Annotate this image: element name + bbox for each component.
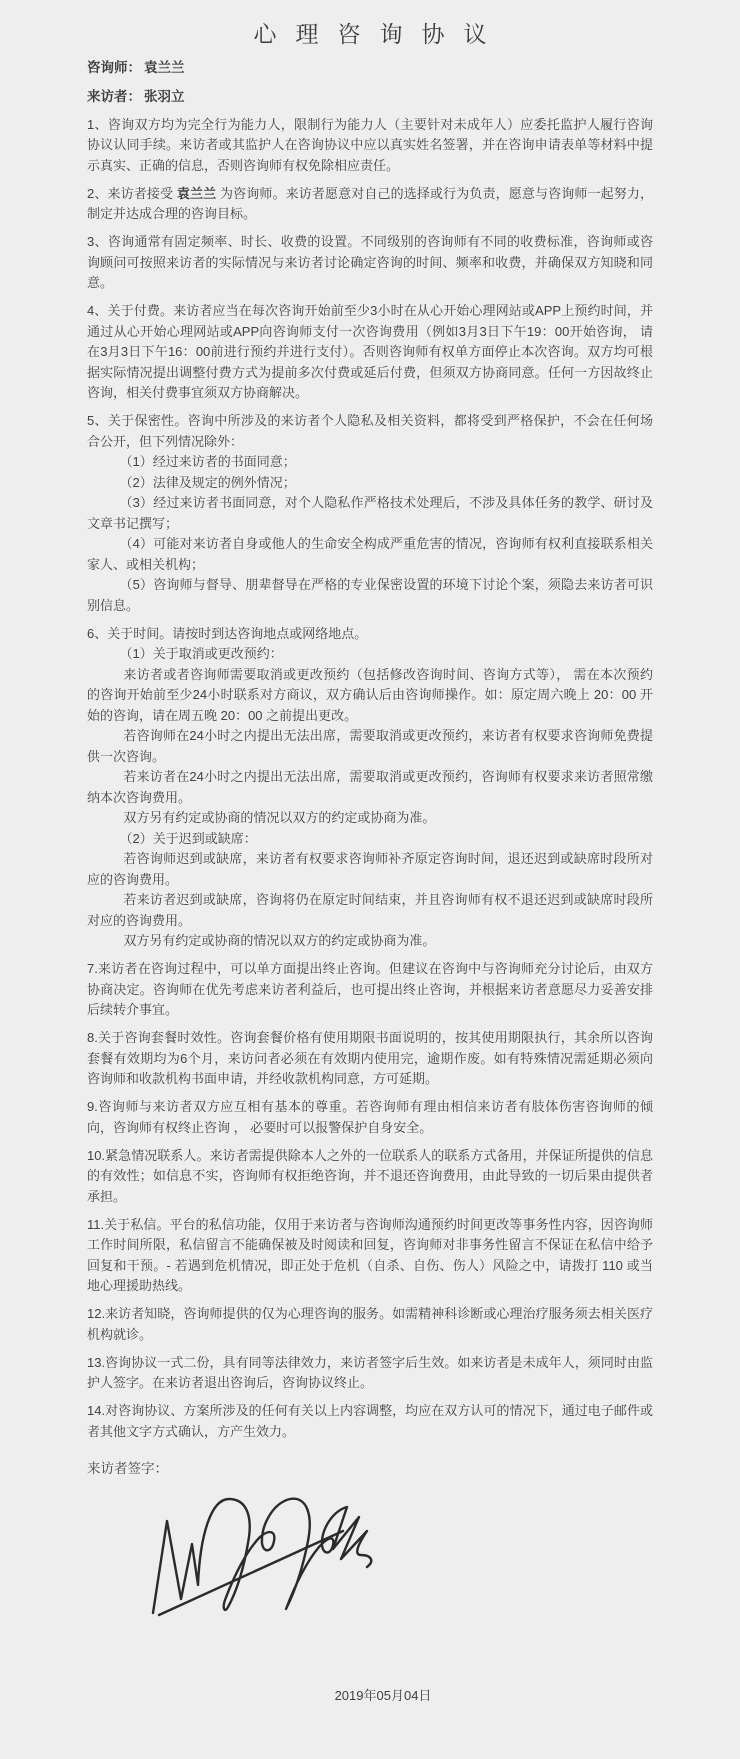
counselor-line: 咨询师：袁兰兰: [87, 58, 653, 78]
paragraph: （2）法律及规定的例外情况；: [87, 473, 653, 494]
agreement-section: 8.关于咨询套餐时效性。咨询套餐价格有使用期限书面说明的，按其使用期限执行，其余…: [87, 1028, 653, 1090]
paragraph: 14.对咨询协议、方案所涉及的任何有关以上内容调整，均应在双方认可的情况下，通过…: [87, 1401, 653, 1442]
agreement-section: 13.咨询协议一式二份，具有同等法律效力，来访者签字后生效。如来访者是未成年人，…: [87, 1353, 653, 1394]
agreement-section: 1、咨询双方均为完全行为能力人，限制行为能力人（主要针对未成年人）应委托监护人履…: [87, 115, 653, 177]
signature-label: 来访者签字：: [87, 1459, 653, 1479]
agreement-section: 12.来访者知晓，咨询师提供的仅为心理咨询的服务。如需精神科诊断或心理治疗服务须…: [87, 1304, 653, 1345]
paragraph: 7.来访者在咨询过程中，可以单方面提出终止咨询。但建议在咨询中与咨询师充分讨论后…: [87, 959, 653, 1021]
agreement-section: 6、关于时间。请按时到达咨询地点或网络地点。（1）关于取消或更改预约：来访者或者…: [87, 624, 653, 952]
paragraph: 13.咨询协议一式二份，具有同等法律效力，来访者签字后生效。如来访者是未成年人，…: [87, 1353, 653, 1394]
paragraph: 若咨询师在24小时之内提出无法出席，需要取消或更改预约，来访者有权要求咨询师免费…: [87, 726, 653, 767]
paragraph: 2、来访者接受 袁兰兰 为咨询师。来访者愿意对自己的选择或行为负责，愿意与咨询师…: [87, 184, 653, 225]
paragraph: 6、关于时间。请按时到达咨询地点或网络地点。: [87, 624, 653, 645]
paragraph: （3）经过来访者书面同意，对个人隐私作严格技术处理后，不涉及具体任务的教学、研讨…: [87, 493, 653, 534]
agreement-document: 心理咨询协议 咨询师：袁兰兰 来访者：张羽立 1、咨询双方均为完全行为能力人，限…: [0, 0, 740, 1704]
counselor-name: 袁兰兰: [144, 60, 185, 75]
paragraph: （1）关于取消或更改预约：: [87, 644, 653, 665]
paragraph: 9.咨询师与来访者双方应互相有基本的尊重。若咨询师有理由相信来访者有肢体伤害咨询…: [87, 1097, 653, 1138]
paragraph: 4、关于付费。来访者应当在每次咨询开始前至少3小时在从心开始心理网站或APP上预…: [87, 301, 653, 404]
signature-area: [145, 1487, 653, 1619]
paragraph: （1）经过来访者的书面同意；: [87, 452, 653, 473]
paragraph: 11.关于私信。平台的私信功能，仅用于来访者与咨询师沟通预约时间更改等事务性内容…: [87, 1215, 653, 1297]
agreement-section: 5、关于保密性。咨询中所涉及的来访者个人隐私及相关资料，都将受到严格保护，不会在…: [87, 411, 653, 616]
paragraph: 若咨询师迟到或缺席，来访者有权要求咨询师补齐原定咨询时间，退还迟到或缺席时段所对…: [87, 849, 653, 890]
counselor-label: 咨询师：: [87, 60, 141, 75]
paragraph: （4）可能对来访者自身或他人的生命安全构成严重危害的情况，咨询师有权利直接联系相…: [87, 534, 653, 575]
agreement-section: 4、关于付费。来访者应当在每次咨询开始前至少3小时在从心开始心理网站或APP上预…: [87, 301, 653, 404]
visitor-line: 来访者：张羽立: [87, 87, 653, 107]
paragraph: 来访者或者咨询师需要取消或更改预约（包括修改咨询时间、咨询方式等）， 需在本次预…: [87, 665, 653, 727]
visitor-label: 来访者：: [87, 89, 141, 104]
paragraph: 8.关于咨询套餐时效性。咨询套餐价格有使用期限书面说明的，按其使用期限执行，其余…: [87, 1028, 653, 1090]
paragraph: 3、咨询通常有固定频率、时长、收费的设置。不同级别的咨询师有不同的收费标准，咨询…: [87, 232, 653, 294]
paragraph: 12.来访者知晓，咨询师提供的仅为心理咨询的服务。如需精神科诊断或心理治疗服务须…: [87, 1304, 653, 1345]
handwritten-signature-icon: [145, 1487, 397, 1619]
paragraph: 1、咨询双方均为完全行为能力人，限制行为能力人（主要针对未成年人）应委托监护人履…: [87, 115, 653, 177]
paragraph: 若来访者在24小时之内提出无法出席，需要取消或更改预约，咨询师有权要求来访者照常…: [87, 767, 653, 808]
paragraph: 10.紧急情况联系人。来访者需提供除本人之外的一位联系人的联系方式备用，并保证所…: [87, 1146, 653, 1208]
visitor-name: 张羽立: [144, 89, 185, 104]
agreement-sections: 1、咨询双方均为完全行为能力人，限制行为能力人（主要针对未成年人）应委托监护人履…: [87, 115, 653, 1443]
paragraph: 若来访者迟到或缺席，咨询将仍在原定时间结束，并且咨询师有权不退还迟到或缺席时段所…: [87, 890, 653, 931]
page-title: 心理咨询协议: [87, 10, 653, 49]
agreement-section: 2、来访者接受 袁兰兰 为咨询师。来访者愿意对自己的选择或行为负责，愿意与咨询师…: [87, 184, 653, 225]
agreement-section: 3、咨询通常有固定频率、时长、收费的设置。不同级别的咨询师有不同的收费标准，咨询…: [87, 232, 653, 294]
agreement-section: 11.关于私信。平台的私信功能，仅用于来访者与咨询师沟通预约时间更改等事务性内容…: [87, 1215, 653, 1297]
paragraph: 5、关于保密性。咨询中所涉及的来访者个人隐私及相关资料，都将受到严格保护，不会在…: [87, 411, 653, 452]
paragraph: 双方另有约定或协商的情况以双方的约定或协商为准。: [87, 808, 653, 829]
agreement-section: 14.对咨询协议、方案所涉及的任何有关以上内容调整，均应在双方认可的情况下，通过…: [87, 1401, 653, 1442]
agreement-section: 9.咨询师与来访者双方应互相有基本的尊重。若咨询师有理由相信来访者有肢体伤害咨询…: [87, 1097, 653, 1138]
agreement-section: 10.紧急情况联系人。来访者需提供除本人之外的一位联系人的联系方式备用，并保证所…: [87, 1146, 653, 1208]
agreement-date: 2019年05月04日: [87, 1685, 653, 1704]
paragraph: （2）关于迟到或缺席：: [87, 829, 653, 850]
paragraph: 双方另有约定或协商的情况以双方的约定或协商为准。: [87, 931, 653, 952]
paragraph: （5）咨询师与督导、朋辈督导在严格的专业保密设置的环境下讨论个案，须隐去来访者可…: [87, 575, 653, 616]
agreement-section: 7.来访者在咨询过程中，可以单方面提出终止咨询。但建议在咨询中与咨询师充分讨论后…: [87, 959, 653, 1021]
